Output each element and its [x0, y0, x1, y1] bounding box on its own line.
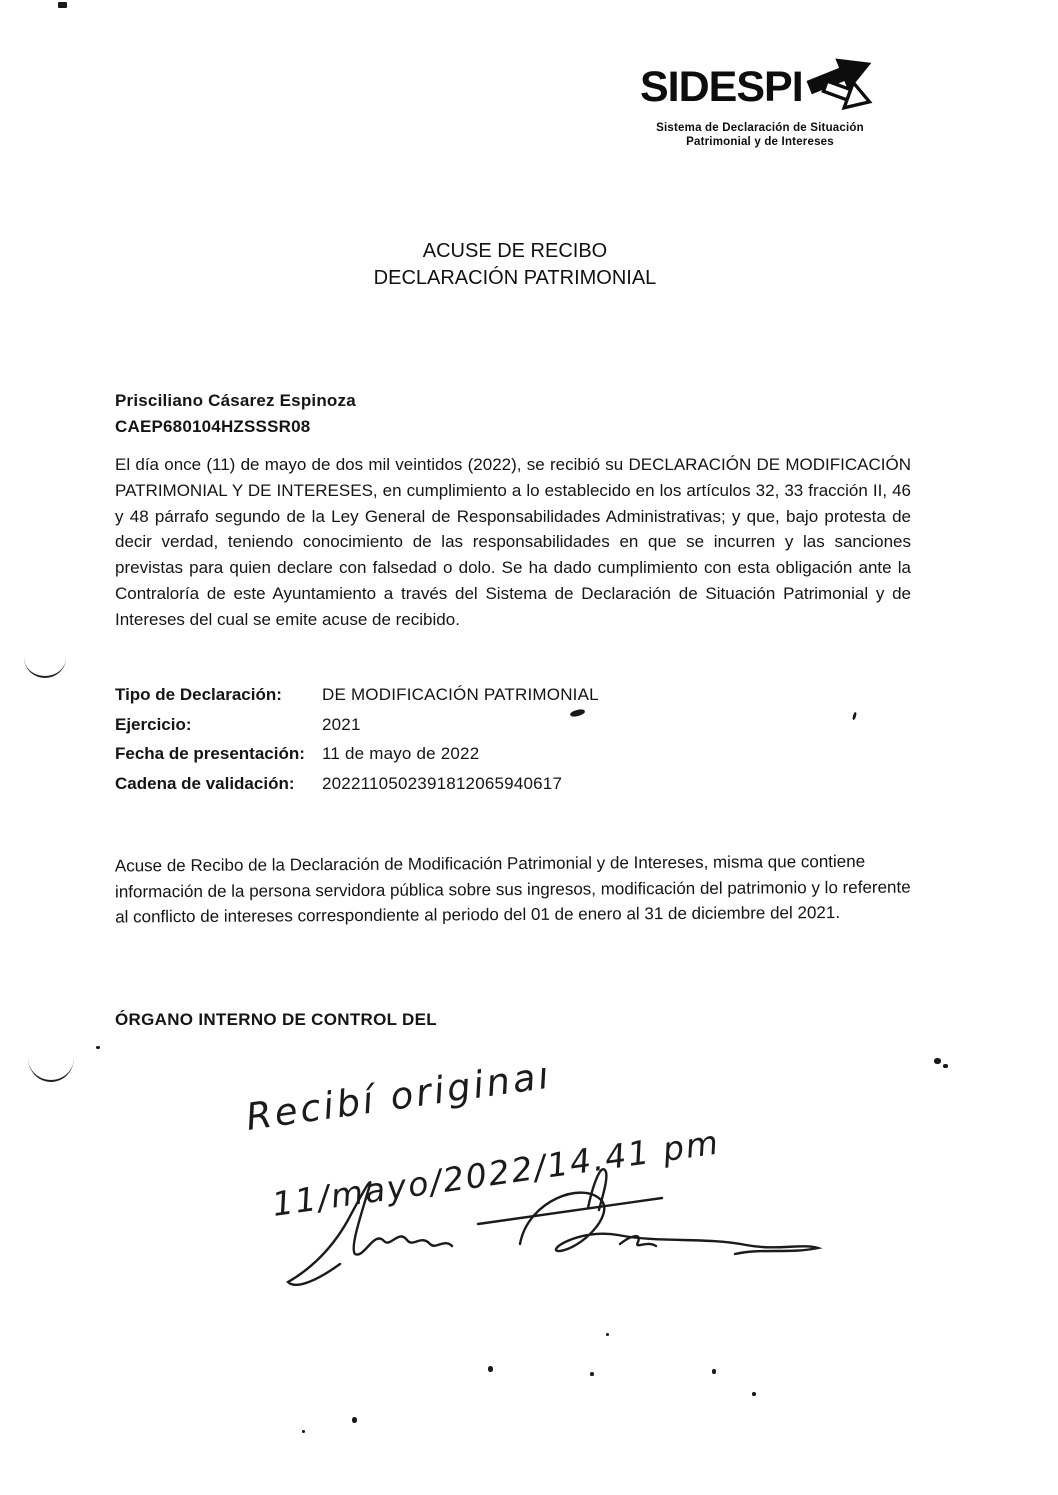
declarant-name: Prisciliano Cásarez Espinoza: [115, 388, 356, 414]
scan-speck: [606, 1333, 609, 1336]
summary-paragraph: Acuse de Recibo de la Declaración de Mod…: [115, 849, 915, 930]
sidespi-logo: SIDESPI Sistema de Declaración de Situac…: [640, 56, 880, 149]
signature: [288, 1169, 818, 1285]
field-ejercicio: Ejercicio: 2021: [115, 710, 815, 740]
handwritten-note-line2: 11/mayo/2022/14.41 pm: [270, 1122, 723, 1223]
scan-speck: [943, 1064, 948, 1068]
sidespi-logo-text: SIDESPI: [640, 66, 803, 109]
organo-interno-title: ÓRGANO INTERNO DE CONTROL DEL: [115, 1010, 437, 1030]
declarant-curp: CAEP680104HZSSSR08: [115, 414, 356, 440]
scan-speck: [302, 1430, 305, 1433]
logo-tagline-line2: Patrimonial y de Intereses: [640, 135, 880, 149]
scan-speck: [96, 1046, 100, 1049]
scan-speck: [852, 712, 857, 721]
scan-speck: [352, 1417, 357, 1423]
field-value: 11 de mayo de 2022: [322, 739, 479, 769]
field-fecha-presentacion: Fecha de presentación: 11 de mayo de 202…: [115, 739, 815, 769]
double-arrow-icon: [805, 46, 880, 118]
field-value: 2021: [322, 710, 361, 740]
logo-tagline-line1: Sistema de Declaración de Situación: [640, 121, 880, 135]
scan-speck: [752, 1392, 756, 1396]
title-line1: ACUSE DE RECIBO: [330, 238, 700, 265]
field-label: Fecha de presentación:: [115, 739, 322, 769]
scan-speck: [590, 1372, 594, 1376]
field-label: Ejercicio:: [115, 710, 322, 740]
scan-speck: [58, 2, 67, 8]
field-label: Cadena de validación:: [115, 769, 322, 799]
field-cadena-validacion: Cadena de validación: 202211050239181206…: [115, 769, 815, 799]
scan-artifact-arc: [24, 658, 66, 678]
declaration-fields: Tipo de Declaración: DE MODIFICACIÓN PAT…: [115, 680, 815, 798]
scan-speck: [712, 1369, 716, 1374]
document-title: ACUSE DE RECIBO DECLARACIÓN PATRIMONIAL: [330, 238, 700, 292]
handwritten-annotation: Recibí original 11/mayo/2022/14.41 pm: [190, 1068, 890, 1298]
scan-speck: [934, 1058, 941, 1064]
scan-artifact-arc: [28, 1058, 74, 1082]
field-tipo-declaracion: Tipo de Declaración: DE MODIFICACIÓN PAT…: [115, 680, 815, 710]
declarant-block: Prisciliano Cásarez Espinoza CAEP680104H…: [115, 388, 356, 440]
field-label: Tipo de Declaración:: [115, 680, 322, 710]
field-value: 2022110502391812065940617: [322, 769, 562, 799]
scanned-document-page: SIDESPI Sistema de Declaración de Situac…: [0, 0, 1058, 1495]
handwritten-note-line1: Recibí original: [243, 1068, 554, 1139]
scan-speck: [488, 1366, 493, 1372]
field-value: DE MODIFICACIÓN PATRIMONIAL: [322, 680, 599, 710]
title-line2: DECLARACIÓN PATRIMONIAL: [330, 265, 700, 292]
receipt-paragraph: El día once (11) de mayo de dos mil vein…: [115, 452, 911, 633]
